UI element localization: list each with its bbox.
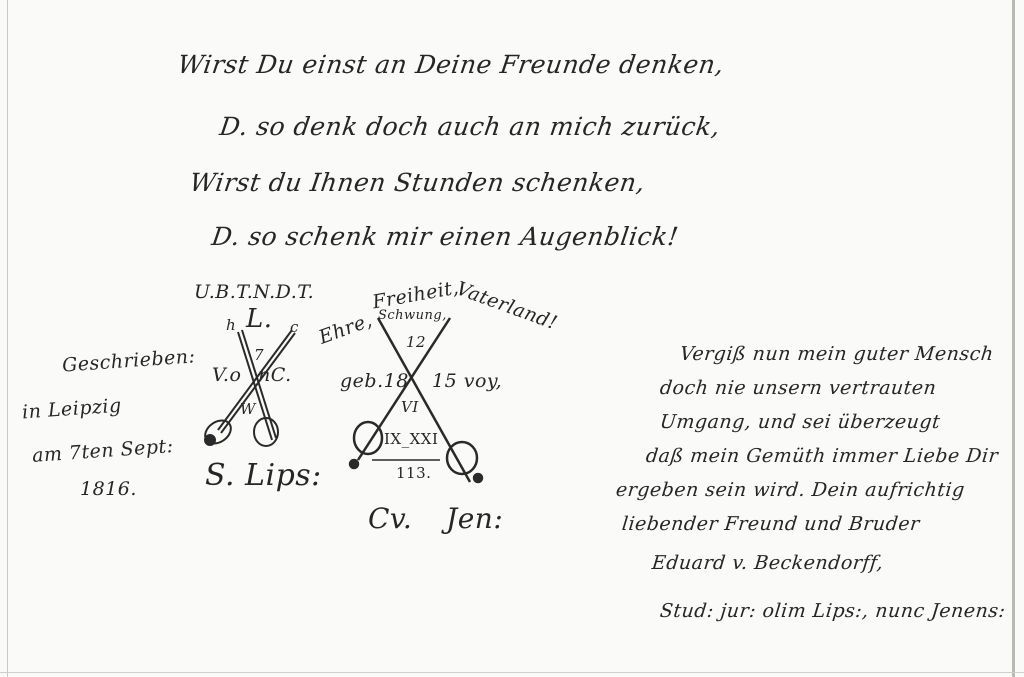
dateline-date: am 7ten Sept: bbox=[31, 435, 174, 467]
signature-lips: S. Lips: bbox=[205, 458, 322, 493]
sword-mark-nc: nC. bbox=[258, 364, 292, 386]
sword-mark-geb: geb.18 bbox=[340, 370, 409, 392]
page-edge-left bbox=[7, 0, 8, 677]
letter-line-8: Stud: jur: olim Lips:, nunc Jenens: bbox=[659, 600, 1007, 622]
crossed-swords-left-icon bbox=[201, 330, 295, 448]
sword-mark-L: L. bbox=[246, 304, 273, 334]
poem-line-4: D. so schenk mir einen Augenblick! bbox=[210, 222, 680, 251]
dateline-place: in Leipzig bbox=[21, 395, 122, 424]
sword-mark-113: 113. bbox=[396, 464, 431, 482]
sword-mark-7: 7 bbox=[254, 346, 264, 364]
poem-line-1: Wirst Du einst an Deine Freunde denken, bbox=[176, 50, 726, 79]
sword-mark-w: W bbox=[240, 400, 256, 418]
letter-line-1: Vergiß nun mein guter Mensch bbox=[679, 343, 995, 365]
crossed-swords-drawings bbox=[0, 0, 1024, 677]
manuscript-page: Wirst Du einst an Deine Freunde denken, … bbox=[0, 0, 1024, 677]
letter-line-4: daß mein Gemüth immer Liebe Dir bbox=[645, 445, 999, 467]
sword-mark-12: 12 bbox=[406, 333, 426, 351]
sword-mark-ix-xxi: IX_XXI bbox=[384, 430, 438, 448]
dateline-written: Geschrieben: bbox=[61, 345, 196, 376]
motto-vaterland: Vaterland! bbox=[453, 278, 560, 335]
signature-jen: Jen: bbox=[446, 502, 503, 535]
sword-mark-c: c bbox=[290, 318, 299, 336]
letter-line-7: Eduard v. Beckendorff, bbox=[651, 552, 885, 574]
motto-schwung: Schwung, bbox=[378, 308, 447, 323]
letter-line-2: doch nie unsern vertrauten bbox=[659, 377, 938, 399]
initials: U.B.T.N.D.T. bbox=[194, 281, 314, 303]
letter-line-5: ergeben sein wird. Dein aufrichtig bbox=[615, 479, 966, 501]
poem-line-3: Wirst du Ihnen Stunden schenken, bbox=[188, 168, 647, 197]
motto-ehre: Ehre, bbox=[316, 309, 375, 348]
signature-cv: Cv. bbox=[368, 502, 412, 535]
letter-line-6: liebender Freund und Bruder bbox=[621, 513, 921, 535]
page-edge-bottom bbox=[0, 672, 1024, 673]
letter-line-3: Umgang, und sei überzeugt bbox=[659, 411, 942, 433]
sword-mark-h: h bbox=[226, 316, 236, 334]
poem-line-2: D. so denk doch auch an mich zurück, bbox=[218, 112, 722, 141]
dateline-year: 1816. bbox=[80, 478, 137, 500]
page-edge-right bbox=[1012, 0, 1015, 677]
sword-mark-vi: VI bbox=[401, 398, 419, 416]
sword-mark-15: 15 voy, bbox=[432, 370, 502, 392]
sword-mark-vo: V.o bbox=[212, 364, 241, 386]
